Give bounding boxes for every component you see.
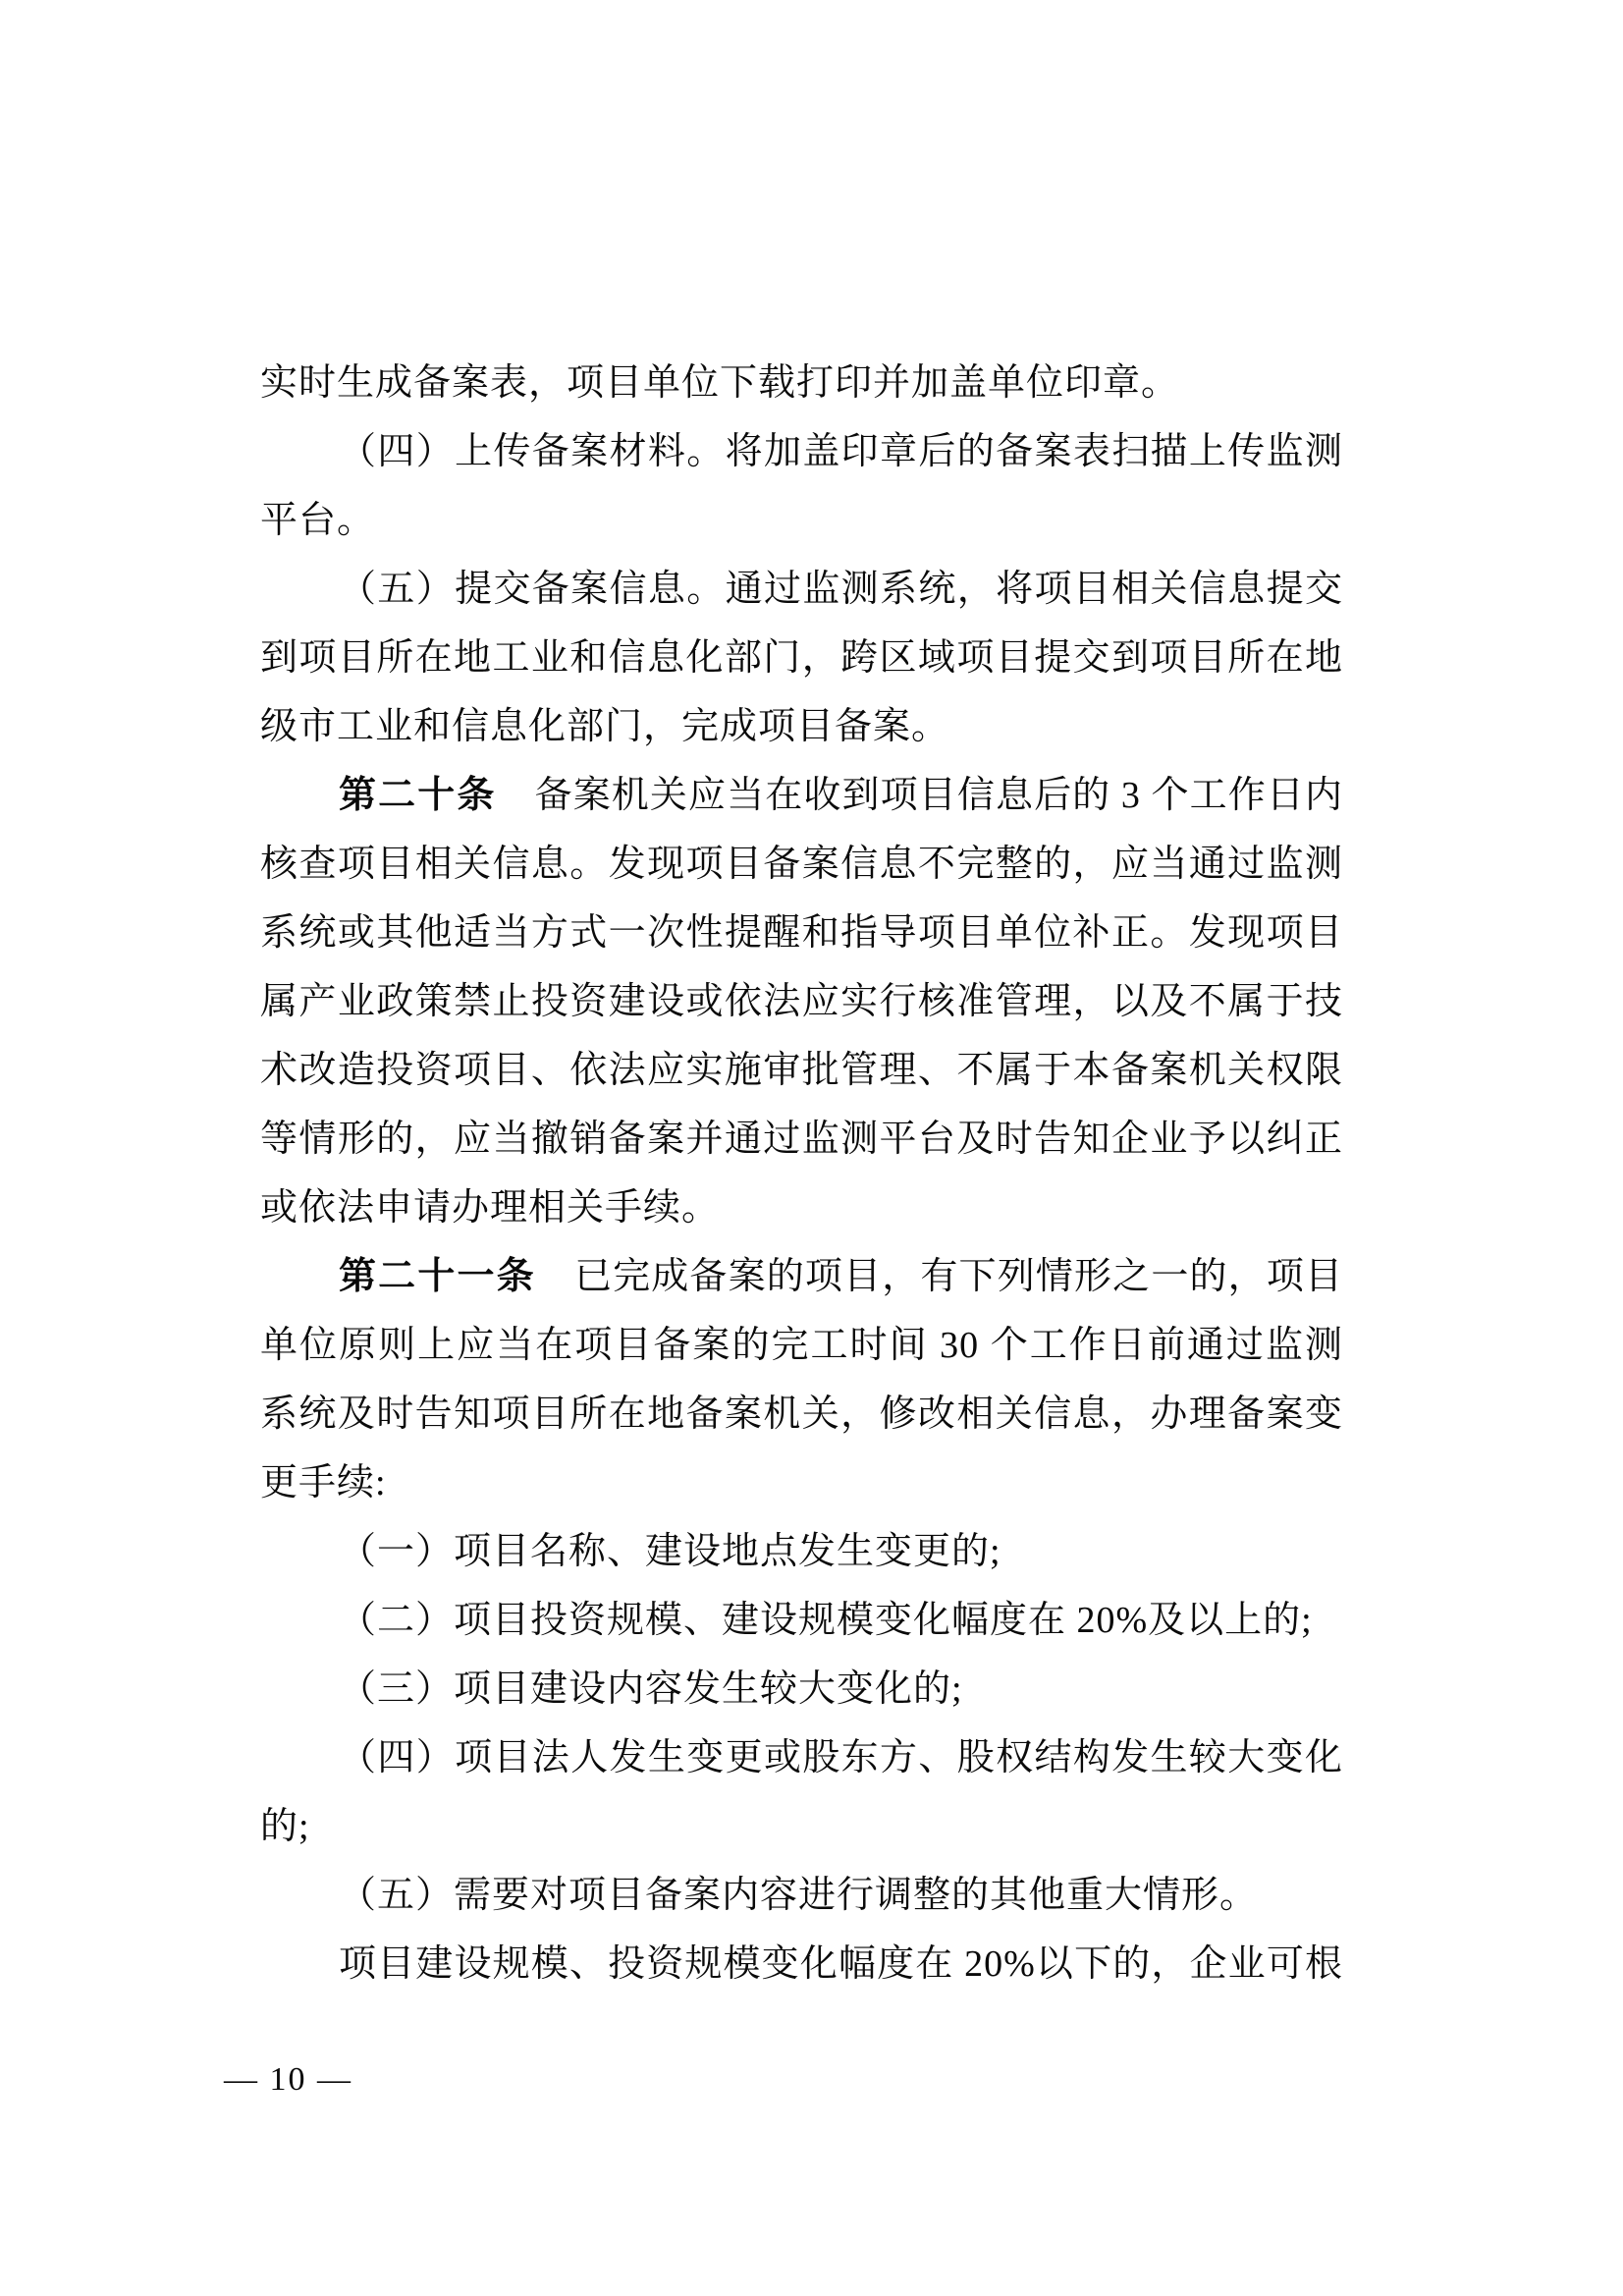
text-line: 级市工业和信息化部门，完成项目备案。 [260,692,1343,761]
text-line: （五）提交备案信息。通过监测系统，将项目相关信息提交 [260,555,1343,624]
text-line-item-4: （四）项目法人发生变更或股东方、股权结构发生较大变化 [260,1723,1343,1792]
text-line: 到项目所在地工业和信息化部门，跨区域项目提交到项目所在地 [260,624,1343,692]
text-line-article-21: 第二十一条 已完成备案的项目，有下列情形之一的，项目 [260,1242,1343,1311]
text-line-article-20: 第二十条 备案机关应当在收到项目信息后的 3 个工作日内 [260,761,1343,830]
document-page: 实时生成备案表，项目单位下载打印并加盖单位印章。 （四）上传备案材料。将加盖印章… [0,0,1623,2296]
article-20-heading: 第二十条 [339,775,496,816]
text-line: 的; [260,1792,1343,1861]
page-number: — 10 — [224,2060,352,2100]
text-line-item-1: （一）项目名称、建设地点发生变更的; [260,1517,1343,1586]
document-text-block: 实时生成备案表，项目单位下载打印并加盖单位印章。 （四）上传备案材料。将加盖印章… [260,349,1343,1998]
article-20-body: 备案机关应当在收到项目信息后的 3 个工作日内 [496,775,1343,816]
text-line: 项目建设规模、投资规模变化幅度在 20%以下的，企业可根 [260,1930,1343,1998]
text-line: 实时生成备案表，项目单位下载打印并加盖单位印章。 [260,349,1343,417]
text-line: 等情形的，应当撤销备案并通过监测平台及时告知企业予以纠正 [260,1105,1343,1174]
article-21-heading: 第二十一条 [339,1256,536,1297]
text-line-item-3: （三）项目建设内容发生较大变化的; [260,1655,1343,1723]
text-line-item-5: （五）需要对项目备案内容进行调整的其他重大情形。 [260,1861,1343,1930]
text-line: 属产业政策禁止投资建设或依法应实行核准管理，以及不属于技 [260,967,1343,1036]
text-line-item-2: （二）项目投资规模、建设规模变化幅度在 20%及以上的; [260,1586,1343,1655]
text-line: 系统及时告知项目所在地备案机关，修改相关信息，办理备案变 [260,1380,1343,1449]
text-line: 单位原则上应当在项目备案的完工时间 30 个工作日前通过监测 [260,1311,1343,1380]
text-line: 系统或其他适当方式一次性提醒和指导项目单位补正。发现项目 [260,899,1343,967]
text-line: 术改造投资项目、依法应实施审批管理、不属于本备案机关权限 [260,1036,1343,1105]
text-line: 核查项目相关信息。发现项目备案信息不完整的，应当通过监测 [260,830,1343,899]
text-line: 平台。 [260,486,1343,555]
text-line: 更手续: [260,1449,1343,1517]
text-line: （四）上传备案材料。将加盖印章后的备案表扫描上传监测 [260,417,1343,486]
article-21-body: 已完成备案的项目，有下列情形之一的，项目 [536,1256,1343,1297]
text-line: 或依法申请办理相关手续。 [260,1174,1343,1242]
